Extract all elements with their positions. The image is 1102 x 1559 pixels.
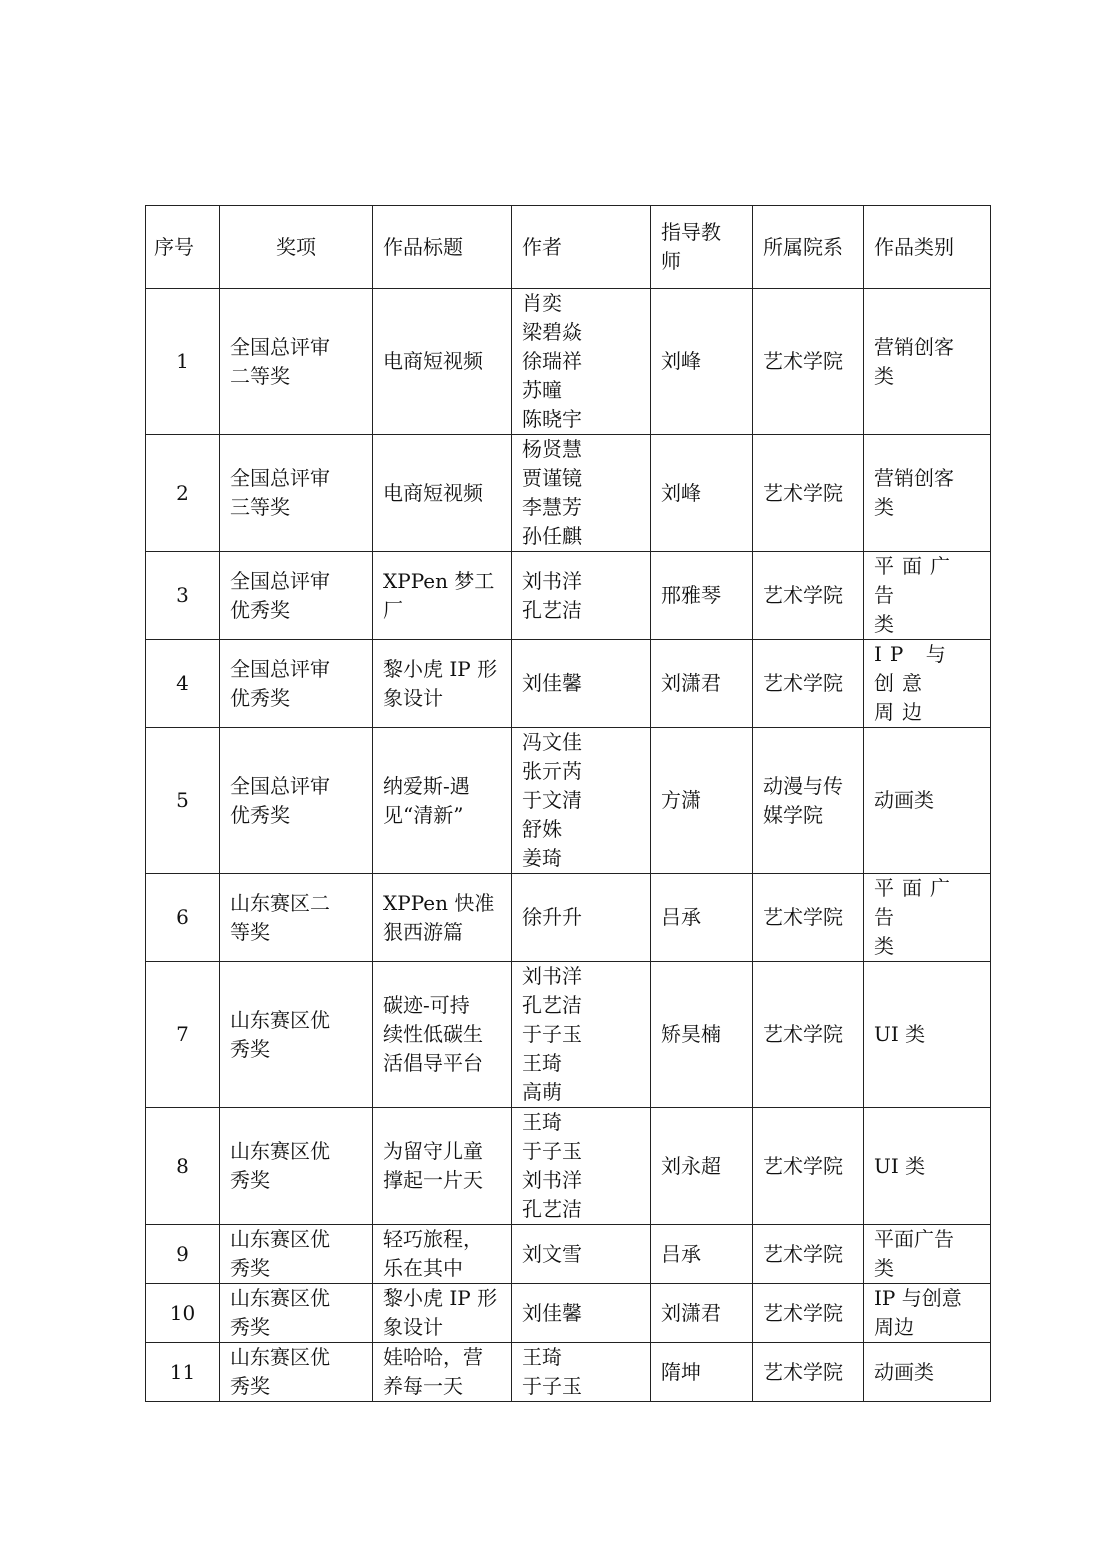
cell-authors-line: 于子玉 <box>522 1020 640 1049</box>
table-row: 10山东赛区优秀奖黎小虎 IP 形象设计刘佳馨刘潇君艺术学院IP 与创意周边 <box>146 1284 991 1343</box>
cell-department: 艺术学院 <box>753 962 864 1108</box>
cell-category-line: 营销创客 <box>874 333 980 362</box>
cell-seq: 7 <box>146 962 220 1108</box>
cell-title-line: 轻巧旅程， <box>383 1225 501 1254</box>
cell-award-line: 二等奖 <box>230 362 362 391</box>
cell-category: 平面广告类 <box>864 874 991 962</box>
cell-category-line: 平面广告 <box>874 874 980 932</box>
cell-category: 动画类 <box>864 1343 991 1402</box>
cell-category-line: 周边 <box>874 698 980 727</box>
cell-title: 黎小虎 IP 形象设计 <box>373 1284 512 1343</box>
cell-title-line: 象设计 <box>383 684 501 713</box>
cell-seq: 3 <box>146 552 220 640</box>
cell-seq: 1 <box>146 289 220 435</box>
cell-authors-line: 陈晓宇 <box>522 405 640 434</box>
cell-title-line: 象设计 <box>383 1313 501 1342</box>
cell-award: 全国总评审优秀奖 <box>220 640 373 728</box>
header-advisor: 指导教 师 <box>651 206 753 289</box>
cell-authors-line: 刘书洋 <box>522 567 640 596</box>
cell-award-line: 秀奖 <box>230 1035 362 1064</box>
cell-authors-line: 于子玉 <box>522 1137 640 1166</box>
cell-seq: 9 <box>146 1225 220 1284</box>
cell-authors-line: 高萌 <box>522 1078 640 1107</box>
cell-category-line: 周边 <box>874 1313 980 1342</box>
cell-advisor: 刘峰 <box>651 435 753 552</box>
cell-title-line: 乐在其中 <box>383 1254 501 1283</box>
cell-seq: 2 <box>146 435 220 552</box>
cell-authors-line: 杨贤慧 <box>522 435 640 464</box>
cell-department-line: 艺术学院 <box>763 1358 853 1387</box>
cell-department: 艺术学院 <box>753 552 864 640</box>
cell-department-line: 艺术学院 <box>763 479 853 508</box>
cell-award-line: 全国总评审 <box>230 567 362 596</box>
cell-award: 全国总评审优秀奖 <box>220 728 373 874</box>
cell-title-line: XPPen 快准 <box>383 889 501 918</box>
cell-award: 全国总评审优秀奖 <box>220 552 373 640</box>
cell-title: 娃哈哈，营养每一天 <box>373 1343 512 1402</box>
cell-title: XPPen 快准狠西游篇 <box>373 874 512 962</box>
cell-title-line: XPPen 梦工 <box>383 567 501 596</box>
table-row: 5全国总评审优秀奖纳爱斯-遇见“清新”冯文佳张亓芮于文清舒姝姜琦方潇动漫与传媒学… <box>146 728 991 874</box>
cell-authors-line: 孔艺洁 <box>522 991 640 1020</box>
cell-category-line: 平面广告 <box>874 552 980 610</box>
cell-award-line: 山东赛区二 <box>230 889 362 918</box>
cell-title-line: 养每一天 <box>383 1372 501 1401</box>
cell-title-line: 黎小虎 IP 形 <box>383 1284 501 1313</box>
cell-title-line: 娃哈哈，营 <box>383 1343 501 1372</box>
cell-department-line: 艺术学院 <box>763 1240 853 1269</box>
cell-category-line: UI 类 <box>874 1020 980 1049</box>
cell-category-line: UI 类 <box>874 1152 980 1181</box>
table-row: 2全国总评审三等奖电商短视频杨贤慧贾谨镜李慧芳孙任麒刘峰艺术学院营销创客类 <box>146 435 991 552</box>
cell-award-line: 等奖 <box>230 918 362 947</box>
cell-category: UI 类 <box>864 1108 991 1225</box>
cell-department: 艺术学院 <box>753 640 864 728</box>
cell-category: 动画类 <box>864 728 991 874</box>
cell-authors-line: 王琦 <box>522 1049 640 1078</box>
cell-authors-line: 张亓芮 <box>522 757 640 786</box>
cell-award-line: 三等奖 <box>230 493 362 522</box>
cell-authors-line: 刘书洋 <box>522 1166 640 1195</box>
cell-authors-line: 徐瑞祥 <box>522 347 640 376</box>
cell-department-line: 艺术学院 <box>763 1020 853 1049</box>
header-title: 作品标题 <box>373 206 512 289</box>
cell-title-line: 活倡导平台 <box>383 1049 501 1078</box>
cell-authors-line: 刘书洋 <box>522 962 640 991</box>
cell-category-line: 营销创客 <box>874 464 980 493</box>
cell-category-line: 类 <box>874 1254 980 1283</box>
cell-seq: 8 <box>146 1108 220 1225</box>
cell-advisor: 刘永超 <box>651 1108 753 1225</box>
cell-department: 艺术学院 <box>753 1108 864 1225</box>
cell-advisor: 刘峰 <box>651 289 753 435</box>
header-award: 奖项 <box>220 206 373 289</box>
header-advisor-line1: 指导教 <box>661 218 742 247</box>
cell-authors-line: 刘文雪 <box>522 1240 640 1269</box>
cell-authors-line: 姜琦 <box>522 844 640 873</box>
cell-authors-line: 李慧芳 <box>522 493 640 522</box>
table-row: 8山东赛区优秀奖为留守儿童撑起一片天王琦于子玉刘书洋孔艺洁刘永超艺术学院UI 类 <box>146 1108 991 1225</box>
cell-department: 艺术学院 <box>753 289 864 435</box>
cell-advisor: 隋坤 <box>651 1343 753 1402</box>
cell-authors-line: 王琦 <box>522 1343 640 1372</box>
cell-department: 动漫与传媒学院 <box>753 728 864 874</box>
cell-title-line: 黎小虎 IP 形 <box>383 655 501 684</box>
cell-title: 纳爱斯-遇见“清新” <box>373 728 512 874</box>
cell-seq: 6 <box>146 874 220 962</box>
cell-advisor: 吕承 <box>651 874 753 962</box>
cell-authors: 刘书洋孔艺洁 <box>512 552 651 640</box>
cell-authors: 冯文佳张亓芮于文清舒姝姜琦 <box>512 728 651 874</box>
cell-authors: 刘书洋孔艺洁于子玉王琦高萌 <box>512 962 651 1108</box>
cell-authors-line: 王琦 <box>522 1108 640 1137</box>
cell-award-line: 全国总评审 <box>230 655 362 684</box>
cell-advisor: 刘潇君 <box>651 640 753 728</box>
cell-title-line: 电商短视频 <box>383 479 501 508</box>
cell-authors-line: 于文清 <box>522 786 640 815</box>
cell-award-line: 山东赛区优 <box>230 1137 362 1166</box>
cell-title-line: 撑起一片天 <box>383 1166 501 1195</box>
cell-authors: 刘文雪 <box>512 1225 651 1284</box>
cell-award: 山东赛区优秀奖 <box>220 962 373 1108</box>
table-header-row: 序号 奖项 作品标题 作者 指导教 师 所属院系 作品类别 <box>146 206 991 289</box>
cell-authors-line: 冯文佳 <box>522 728 640 757</box>
cell-department-line: 艺术学院 <box>763 581 853 610</box>
cell-authors-line: 贾谨镜 <box>522 464 640 493</box>
table-row: 1全国总评审二等奖电商短视频肖奕梁碧焱徐瑞祥苏曈陈晓宇刘峰艺术学院营销创客类 <box>146 289 991 435</box>
cell-category-line: 平面广告 <box>874 1225 980 1254</box>
cell-title-line: 狠西游篇 <box>383 918 501 947</box>
cell-award-line: 优秀奖 <box>230 684 362 713</box>
cell-department-line: 艺术学院 <box>763 1299 853 1328</box>
cell-department: 艺术学院 <box>753 1225 864 1284</box>
cell-category: 平面广告类 <box>864 552 991 640</box>
header-advisor-line2: 师 <box>661 247 742 276</box>
cell-award: 山东赛区优秀奖 <box>220 1108 373 1225</box>
cell-advisor: 矫昊楠 <box>651 962 753 1108</box>
cell-advisor: 方潇 <box>651 728 753 874</box>
cell-category-line: 动画类 <box>874 1358 980 1387</box>
cell-authors: 徐升升 <box>512 874 651 962</box>
cell-title-line: 纳爱斯-遇 <box>383 772 501 801</box>
cell-department-line: 媒学院 <box>763 801 853 830</box>
cell-award-line: 全国总评审 <box>230 772 362 801</box>
cell-title-line: 见“清新” <box>383 801 501 830</box>
cell-title-line: 续性低碳生 <box>383 1020 501 1049</box>
cell-authors-line: 刘佳馨 <box>522 669 640 698</box>
cell-category: 营销创客类 <box>864 435 991 552</box>
cell-seq: 10 <box>146 1284 220 1343</box>
cell-award: 全国总评审三等奖 <box>220 435 373 552</box>
cell-category: 平面广告类 <box>864 1225 991 1284</box>
table-row: 3全国总评审优秀奖XPPen 梦工厂刘书洋孔艺洁邢雅琴艺术学院平面广告类 <box>146 552 991 640</box>
cell-department-line: 动漫与传 <box>763 772 853 801</box>
cell-advisor: 邢雅琴 <box>651 552 753 640</box>
cell-title: 碳迹-可持续性低碳生活倡导平台 <box>373 962 512 1108</box>
cell-authors-line: 于子玉 <box>522 1372 640 1401</box>
cell-title: 电商短视频 <box>373 289 512 435</box>
cell-title: 为留守儿童撑起一片天 <box>373 1108 512 1225</box>
cell-award-line: 秀奖 <box>230 1166 362 1195</box>
cell-authors-line: 孙任麒 <box>522 522 640 551</box>
awards-table: 序号 奖项 作品标题 作者 指导教 师 所属院系 作品类别 1全国总评审二等奖电… <box>145 205 991 1402</box>
cell-department: 艺术学院 <box>753 1284 864 1343</box>
header-category: 作品类别 <box>864 206 991 289</box>
header-authors: 作者 <box>512 206 651 289</box>
cell-seq: 11 <box>146 1343 220 1402</box>
cell-award-line: 优秀奖 <box>230 801 362 830</box>
cell-authors-line: 孔艺洁 <box>522 596 640 625</box>
cell-award: 山东赛区二等奖 <box>220 874 373 962</box>
header-department: 所属院系 <box>753 206 864 289</box>
cell-award: 山东赛区优秀奖 <box>220 1343 373 1402</box>
cell-category: IP 与创意周边 <box>864 640 991 728</box>
cell-category-line: 类 <box>874 932 980 961</box>
cell-category: IP 与创意周边 <box>864 1284 991 1343</box>
cell-seq: 5 <box>146 728 220 874</box>
cell-category: 营销创客类 <box>864 289 991 435</box>
cell-award: 山东赛区优秀奖 <box>220 1284 373 1343</box>
table-row: 6山东赛区二等奖XPPen 快准狠西游篇徐升升吕承艺术学院平面广告类 <box>146 874 991 962</box>
cell-advisor: 刘潇君 <box>651 1284 753 1343</box>
cell-title-line: 电商短视频 <box>383 347 501 376</box>
cell-department-line: 艺术学院 <box>763 669 853 698</box>
cell-award-line: 秀奖 <box>230 1254 362 1283</box>
cell-award-line: 山东赛区优 <box>230 1225 362 1254</box>
cell-award-line: 山东赛区优 <box>230 1006 362 1035</box>
header-seq: 序号 <box>146 206 220 289</box>
cell-authors-line: 梁碧焱 <box>522 318 640 347</box>
table-row: 4全国总评审优秀奖黎小虎 IP 形象设计刘佳馨刘潇君艺术学院IP 与创意周边 <box>146 640 991 728</box>
cell-advisor: 吕承 <box>651 1225 753 1284</box>
cell-authors-line: 舒姝 <box>522 815 640 844</box>
cell-authors-line: 刘佳馨 <box>522 1299 640 1328</box>
cell-department-line: 艺术学院 <box>763 1152 853 1181</box>
cell-authors-line: 徐升升 <box>522 903 640 932</box>
cell-award-line: 秀奖 <box>230 1313 362 1342</box>
table-row: 9山东赛区优秀奖轻巧旅程，乐在其中刘文雪吕承艺术学院平面广告类 <box>146 1225 991 1284</box>
cell-authors: 刘佳馨 <box>512 640 651 728</box>
cell-authors-line: 孔艺洁 <box>522 1195 640 1224</box>
cell-award: 全国总评审二等奖 <box>220 289 373 435</box>
table-row: 11山东赛区优秀奖娃哈哈，营养每一天王琦于子玉隋坤艺术学院动画类 <box>146 1343 991 1402</box>
cell-award-line: 全国总评审 <box>230 464 362 493</box>
cell-department: 艺术学院 <box>753 1343 864 1402</box>
cell-award-line: 全国总评审 <box>230 333 362 362</box>
cell-category-line: 动画类 <box>874 786 980 815</box>
cell-category-line: 类 <box>874 610 980 639</box>
table-row: 7山东赛区优秀奖碳迹-可持续性低碳生活倡导平台刘书洋孔艺洁于子玉王琦高萌矫昊楠艺… <box>146 962 991 1108</box>
cell-authors-line: 肖奕 <box>522 289 640 318</box>
cell-title-line: 厂 <box>383 596 501 625</box>
cell-award-line: 山东赛区优 <box>230 1284 362 1313</box>
cell-title: 轻巧旅程，乐在其中 <box>373 1225 512 1284</box>
cell-department: 艺术学院 <box>753 435 864 552</box>
cell-category-line: IP 与创意 <box>874 640 980 698</box>
cell-award: 山东赛区优秀奖 <box>220 1225 373 1284</box>
cell-award-line: 山东赛区优 <box>230 1343 362 1372</box>
cell-authors: 刘佳馨 <box>512 1284 651 1343</box>
cell-department-line: 艺术学院 <box>763 347 853 376</box>
cell-authors-line: 苏曈 <box>522 376 640 405</box>
cell-award-line: 秀奖 <box>230 1372 362 1401</box>
cell-department: 艺术学院 <box>753 874 864 962</box>
cell-award-line: 优秀奖 <box>230 596 362 625</box>
cell-authors: 王琦于子玉刘书洋孔艺洁 <box>512 1108 651 1225</box>
cell-category: UI 类 <box>864 962 991 1108</box>
cell-category-line: 类 <box>874 493 980 522</box>
cell-category-line: IP 与创意 <box>874 1284 980 1313</box>
cell-title-line: 为留守儿童 <box>383 1137 501 1166</box>
cell-title: 电商短视频 <box>373 435 512 552</box>
cell-authors: 王琦于子玉 <box>512 1343 651 1402</box>
cell-authors: 肖奕梁碧焱徐瑞祥苏曈陈晓宇 <box>512 289 651 435</box>
cell-title-line: 碳迹-可持 <box>383 991 501 1020</box>
cell-seq: 4 <box>146 640 220 728</box>
cell-title: XPPen 梦工厂 <box>373 552 512 640</box>
cell-department-line: 艺术学院 <box>763 903 853 932</box>
cell-authors: 杨贤慧贾谨镜李慧芳孙任麒 <box>512 435 651 552</box>
cell-title: 黎小虎 IP 形象设计 <box>373 640 512 728</box>
cell-category-line: 类 <box>874 362 980 391</box>
